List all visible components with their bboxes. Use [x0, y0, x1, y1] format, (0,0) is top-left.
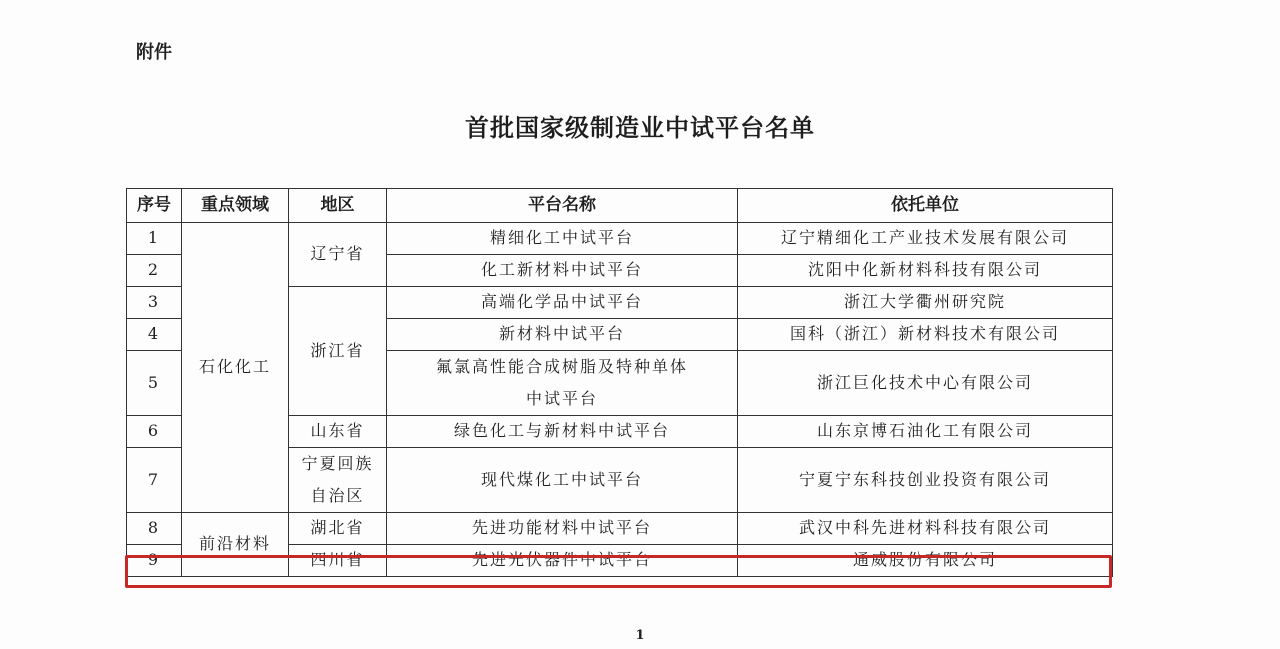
row-no: 1	[127, 223, 182, 255]
platform-name: 绿色化工与新材料中试平台	[387, 416, 738, 448]
row-no: 6	[127, 416, 182, 448]
platform-list-table: 序号 重点领域 地区 平台名称 依托单位 1 石化化工 辽宁省 精细化工中试平台…	[126, 188, 1113, 577]
document-title: 首批国家级制造业中试平台名单	[0, 108, 1280, 143]
platform-name-line2: 中试平台	[387, 383, 737, 415]
region-cell-shandong: 山东省	[289, 416, 387, 448]
row-no: 7	[127, 448, 182, 513]
platform-name: 新材料中试平台	[387, 319, 738, 351]
platform-name: 高端化学品中试平台	[387, 287, 738, 319]
region-line2: 自治区	[289, 480, 386, 512]
header-field: 重点领域	[182, 189, 289, 223]
header-platform: 平台名称	[387, 189, 738, 223]
host-unit: 通威股份有限公司	[738, 545, 1113, 577]
host-unit: 宁夏宁东科技创业投资有限公司	[738, 448, 1113, 513]
platform-name: 精细化工中试平台	[387, 223, 738, 255]
host-unit: 武汉中科先进材料科技有限公司	[738, 513, 1113, 545]
host-unit: 浙江大学衢州研究院	[738, 287, 1113, 319]
attachment-label: 附件	[136, 38, 172, 64]
platform-name: 现代煤化工中试平台	[387, 448, 738, 513]
host-unit: 沈阳中化新材料科技有限公司	[738, 255, 1113, 287]
header-no: 序号	[127, 189, 182, 223]
row-no: 9	[127, 545, 182, 577]
host-unit: 山东京博石油化工有限公司	[738, 416, 1113, 448]
row-no: 8	[127, 513, 182, 545]
host-unit: 浙江巨化技术中心有限公司	[738, 351, 1113, 416]
table-header-row: 序号 重点领域 地区 平台名称 依托单位	[127, 189, 1113, 223]
region-cell-hubei: 湖北省	[289, 513, 387, 545]
row-no: 2	[127, 255, 182, 287]
row-no: 4	[127, 319, 182, 351]
table-row: 1 石化化工 辽宁省 精细化工中试平台 辽宁精细化工产业技术发展有限公司	[127, 223, 1113, 255]
platform-name-line1: 氟氯高性能合成树脂及特种单体	[387, 351, 737, 383]
host-unit: 国科（浙江）新材料技术有限公司	[738, 319, 1113, 351]
region-cell-zhejiang: 浙江省	[289, 287, 387, 416]
field-cell-frontier: 前沿材料	[182, 513, 289, 577]
header-unit: 依托单位	[738, 189, 1113, 223]
region-cell-ningxia: 宁夏回族 自治区	[289, 448, 387, 513]
row-no: 5	[127, 351, 182, 416]
row-no: 3	[127, 287, 182, 319]
platform-name: 氟氯高性能合成树脂及特种单体 中试平台	[387, 351, 738, 416]
table-row: 8 前沿材料 湖北省 先进功能材料中试平台 武汉中科先进材料科技有限公司	[127, 513, 1113, 545]
header-region: 地区	[289, 189, 387, 223]
field-label: 前沿材料	[199, 534, 271, 553]
page-number: 1	[0, 628, 1280, 643]
region-cell-liaoning: 辽宁省	[289, 223, 387, 287]
region-cell-sichuan: 四川省	[289, 545, 387, 577]
host-unit: 辽宁精细化工产业技术发展有限公司	[738, 223, 1113, 255]
platform-name: 先进功能材料中试平台	[387, 513, 738, 545]
field-cell-petrochem: 石化化工	[182, 223, 289, 513]
field-label: 石化化工	[199, 357, 271, 376]
region-line1: 宁夏回族	[289, 448, 386, 480]
platform-name: 化工新材料中试平台	[387, 255, 738, 287]
platform-name: 先进光伏器件中试平台	[387, 545, 738, 577]
